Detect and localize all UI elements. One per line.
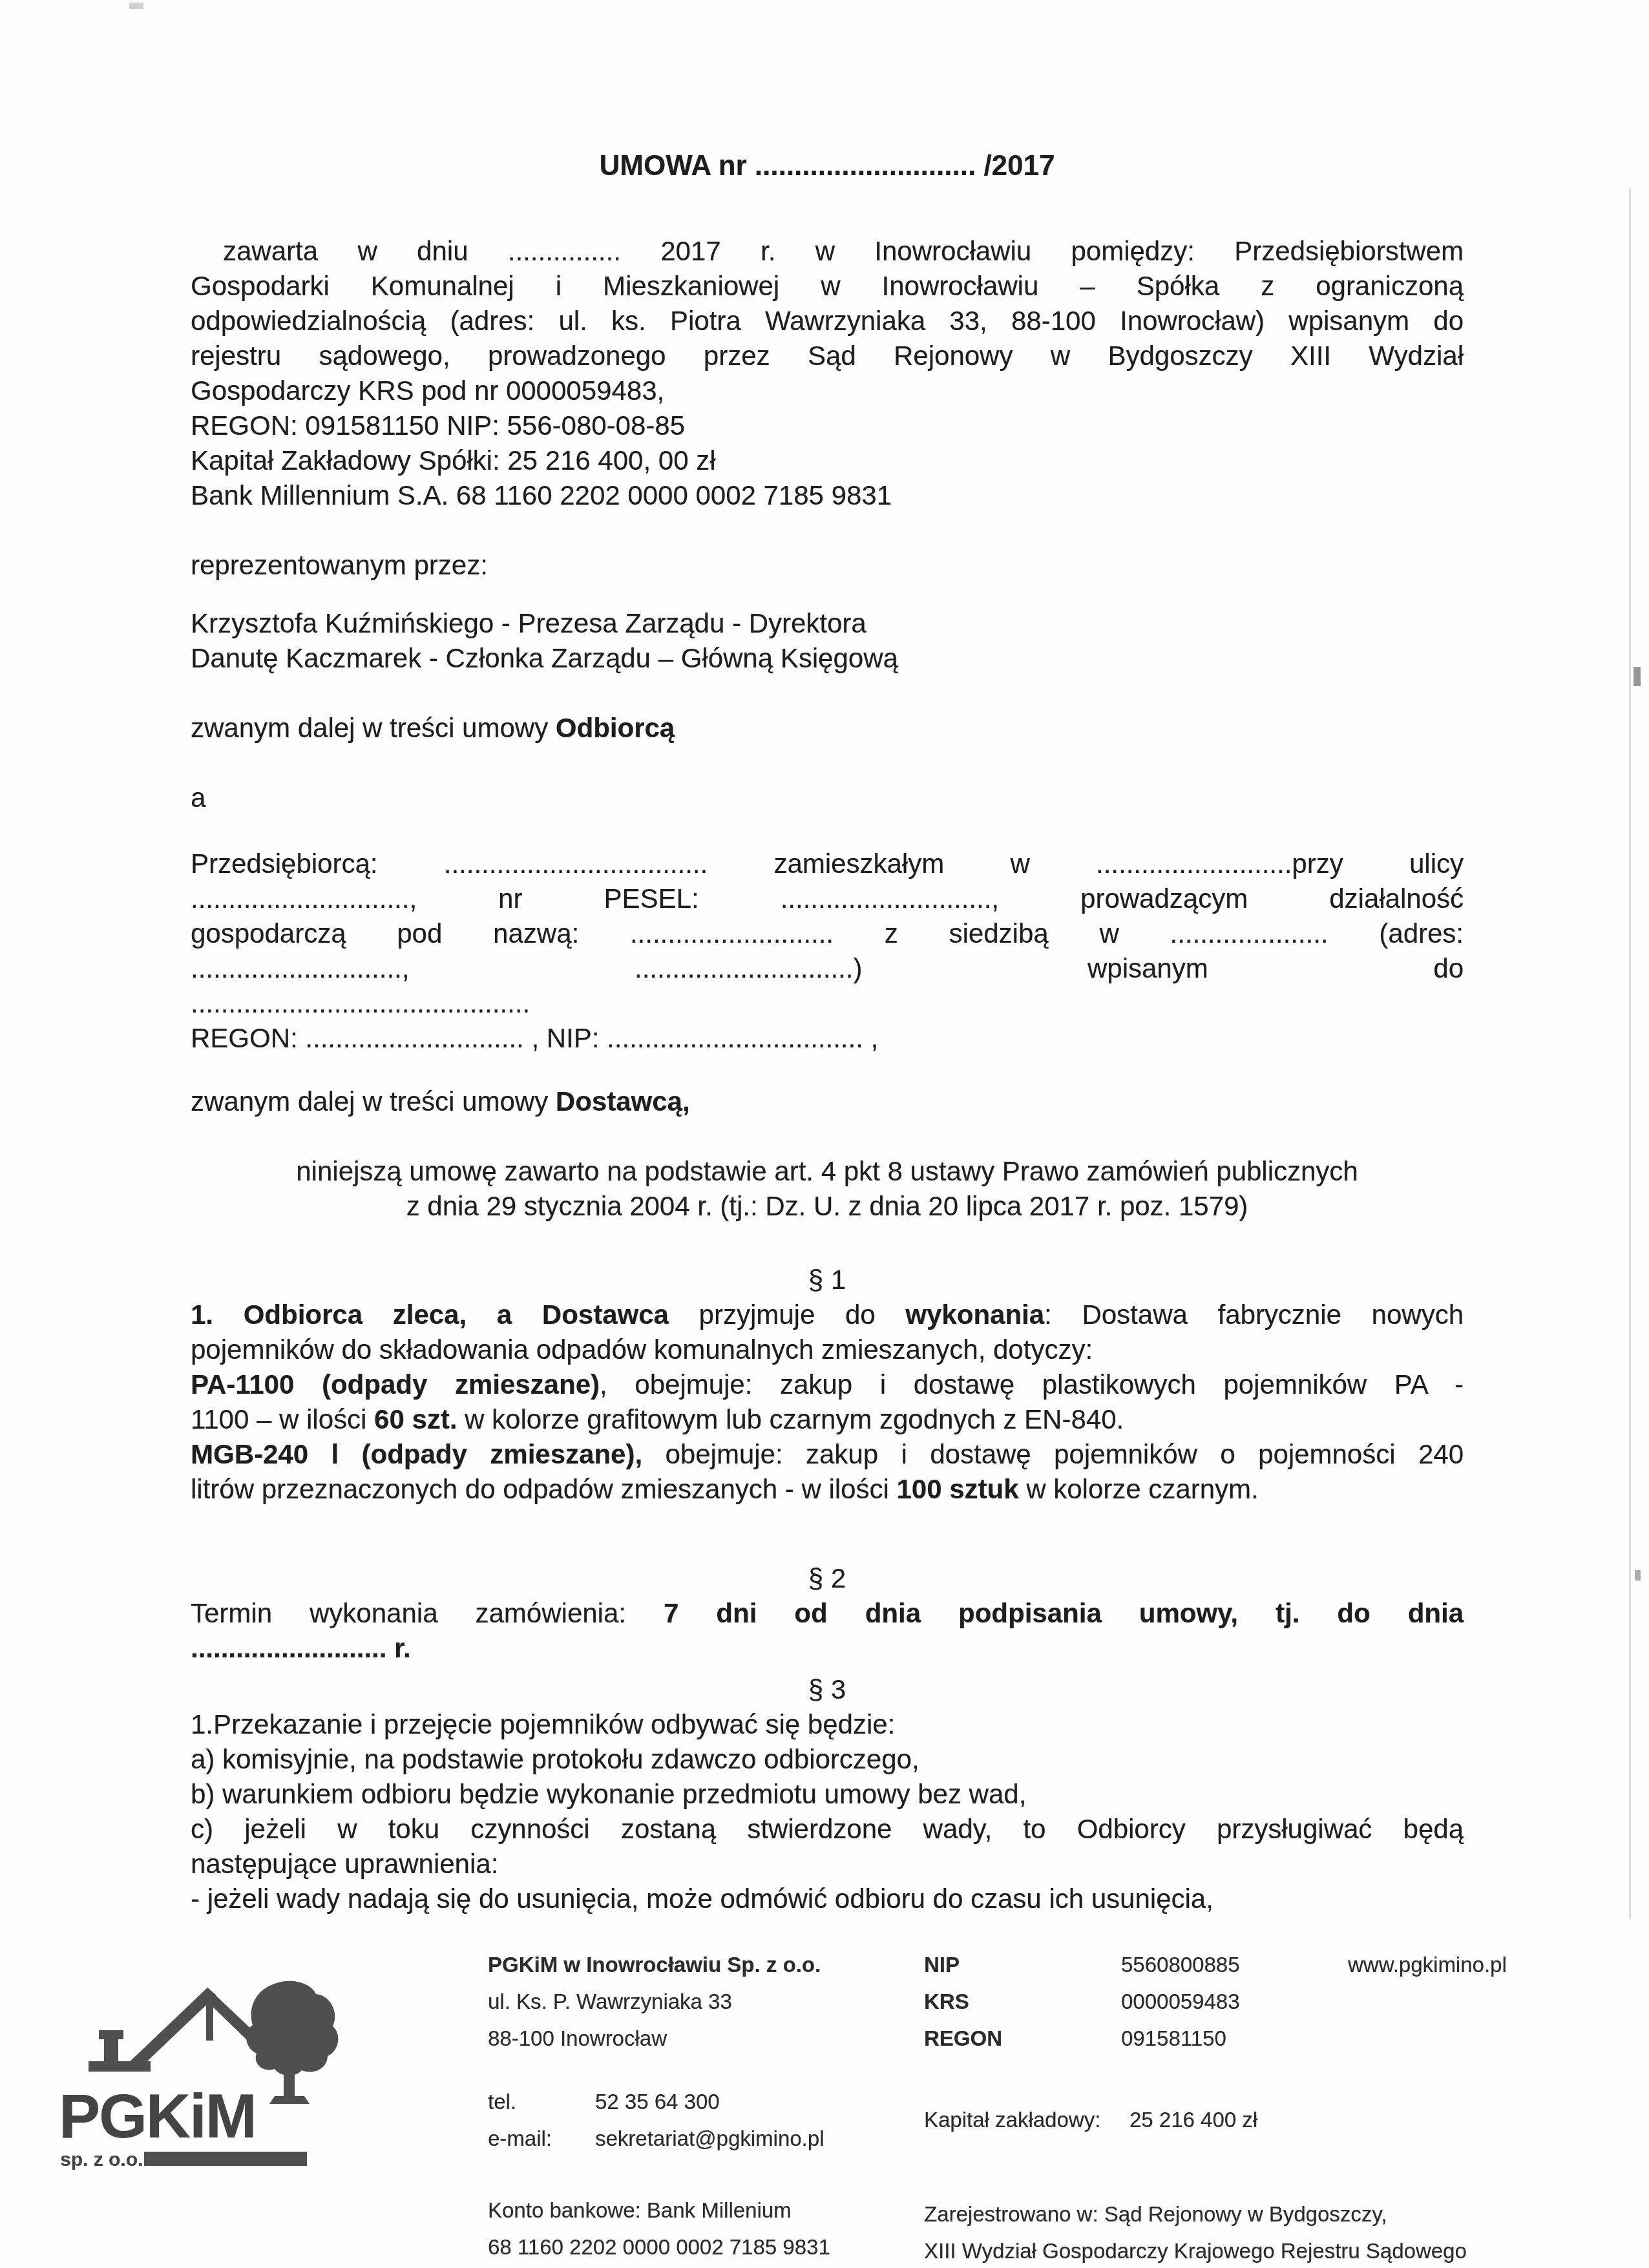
section-1-line-6: litrów przeznaczonych do odpadów zmiesza… [191, 1472, 1464, 1507]
pgkim-logo-graphic: PGKiM sp. z o.o. [61, 1966, 351, 2171]
s1-bold-run: 60 szt. [374, 1404, 457, 1434]
intro-line: rejestru sądowego, prowadzonego przez Są… [191, 339, 1464, 373]
vendor-line-dots: ........................................… [191, 986, 1464, 1021]
party-dostawca-term: Dostawcą, [556, 1086, 690, 1117]
section-2-line-2: .......................... r. [191, 1631, 1464, 1666]
section-3-line: b) warunkiem odbioru będzie wykonanie pr… [191, 1777, 1464, 1812]
s1-run: obejmuje: zakup i dostawę pojemników o p… [642, 1439, 1464, 1469]
section-3-line: - jeżeli wady nadają się do usunięcia, m… [191, 1882, 1464, 1916]
scan-speck [129, 3, 143, 9]
contract-title: UMOWA nr ............................ /2… [191, 149, 1464, 184]
footer-bank-account: 68 1160 2202 0000 0002 7185 9831 [488, 2229, 830, 2265]
footer-company-city: 88-100 Inowrocław [488, 2020, 821, 2057]
intro-line: Gospodarki Komunalnej i Mieszkaniowej w … [191, 269, 1464, 304]
s1-run: przyjmuje do [669, 1299, 905, 1330]
s1-bold-run: 100 sztuk [896, 1474, 1018, 1504]
vendor-line: gospodarczą pod nazwą: .................… [191, 916, 1464, 951]
contract-document: UMOWA nr ............................ /2… [0, 0, 1649, 2268]
vendor-paragraph: Przedsiębiorcą: ........................… [191, 846, 1464, 1056]
s1-run: w kolorze czarnym. [1019, 1474, 1259, 1504]
footer-krs-row: KRS0000059483 [924, 1983, 1240, 2020]
document-body: UMOWA nr ............................ /2… [0, 149, 1649, 1916]
s1-bold-run: 1. Odbiorca zleca, a Dostawca [191, 1299, 669, 1330]
intro-line-krs: Gospodarczy KRS pod nr 0000059483, [191, 373, 1464, 408]
intro-line-bank-account: Bank Millennium S.A. 68 1160 2202 0000 0… [191, 478, 1464, 513]
footer-website: www.pgkimino.pl [1348, 1946, 1507, 1983]
section-2-body: Termin wykonania zamówienia: 7 dni od dn… [191, 1596, 1464, 1666]
footer-registration-block: Zarejestrowano w: Sąd Rejonowy w Bydgosz… [924, 2196, 1467, 2268]
footer-email-value: sekretariat@pgkimino.pl [595, 2126, 824, 2150]
scan-edge-artifact [1629, 187, 1631, 1919]
pgkim-logo-suffix: sp. z o.o. [61, 2149, 143, 2170]
party-odbiorca-line: zwanym dalej w treści umowy Odbiorcą [191, 711, 1464, 746]
party-dostawca-line: zwanym dalej w treści umowy Dostawcą, [191, 1084, 1464, 1119]
footer-contact-block: tel.52 35 64 300 e-mail:sekretariat@pgki… [488, 2083, 824, 2157]
section-1-line-1: 1. Odbiorca zleca, a Dostawca przyjmuje … [191, 1297, 1464, 1332]
footer-regon-label: REGON [924, 2020, 1121, 2057]
vendor-line: ............................, ..........… [191, 951, 1464, 986]
scan-speck [1633, 667, 1641, 686]
intro-line: odpowiedzialnością (adres: ul. ks. Piotr… [191, 304, 1464, 339]
s2-bold-run: 7 dni od dnia podpisania umowy, tj. do d… [664, 1598, 1464, 1628]
footer-nip-label: NIP [924, 1946, 1121, 1983]
footer-registered-line-1: Zarejestrowano w: Sąd Rejonowy w Bydgosz… [924, 2196, 1467, 2232]
pgkim-logo: PGKiM sp. z o.o. [61, 1966, 351, 2171]
section-3-line: 1.Przekazanie i przejęcie pojemników odb… [191, 1707, 1464, 1742]
legal-basis-line-2: z dnia 29 stycznia 2004 r. (tj.: Dz. U. … [191, 1189, 1464, 1224]
legal-basis-line-1: niniejszą umowę zawarto na podstawie art… [191, 1154, 1464, 1189]
footer-bank-line: Konto bankowe: Bank Millenium [488, 2192, 830, 2229]
section-3-heading: § 3 [191, 1672, 1464, 1707]
section-1-heading: § 1 [191, 1263, 1464, 1297]
footer-registered-line-2: XIII Wydział Gospodarczy Krajowego Rejes… [924, 2232, 1467, 2268]
footer-email-row: e-mail:sekretariat@pgkimino.pl [488, 2120, 824, 2157]
vendor-line: Przedsiębiorcą: ........................… [191, 846, 1464, 881]
footer-regon-value: 091581150 [1121, 2026, 1226, 2050]
footer-krs-value: 0000059483 [1121, 1990, 1240, 2013]
section-3-line: a) komisyjnie, na podstawie protokołu zd… [191, 1742, 1464, 1777]
represented-by-label: reprezentowanym przez: [191, 548, 1464, 583]
s2-run: Termin wykonania zamówienia: [191, 1598, 664, 1628]
section-2-line-1: Termin wykonania zamówienia: 7 dni od dn… [191, 1596, 1464, 1631]
s1-bold-run: wykonania [905, 1299, 1044, 1330]
party-odbiorca-term: Odbiorcą [556, 713, 675, 743]
section-3-body: 1.Przekazanie i przejęcie pojemników odb… [191, 1707, 1464, 1916]
footer-capital-label: Kapitał zakładowy: [924, 2101, 1129, 2138]
section-3-line: następujące uprawnienia: [191, 1847, 1464, 1882]
section-1-line-2: pojemników do składowania odpadów komuna… [191, 1332, 1464, 1367]
footer-email-label: e-mail: [488, 2120, 595, 2157]
section-1-line-5: MGB-240 l (odpady zmieszane), obejmuje: … [191, 1437, 1464, 1472]
s1-bold-run: PA-1100 (odpady zmieszane) [191, 1369, 600, 1400]
section-1-line-4: 1100 – w ilości 60 szt. w kolorze grafit… [191, 1402, 1464, 1437]
footer-capital-row: Kapitał zakładowy:25 216 400 zł [924, 2101, 1257, 2138]
footer-registry-block: NIP5560800885 KRS0000059483 REGON0915811… [924, 1946, 1240, 2057]
section-1-line-3: PA-1100 (odpady zmieszane), obejmuje: za… [191, 1367, 1464, 1402]
footer-company-street: ul. Ks. P. Wawrzyniaka 33 [488, 1983, 821, 2020]
representative-1: Krzysztofa Kuźmińskiego - Prezesa Zarząd… [191, 606, 1464, 641]
footer-tel-label: tel. [488, 2083, 595, 2120]
intro-paragraph: zawarta w dniu ............... 2017 r. w… [191, 234, 1464, 513]
s1-run: litrów przeznaczonych do odpadów zmiesza… [191, 1474, 896, 1504]
s1-run: w kolorze grafitowym lub czarnym zgodnyc… [457, 1404, 1124, 1434]
footer-tel-row: tel.52 35 64 300 [488, 2083, 824, 2120]
footer-bank-block: Konto bankowe: Bank Millenium 68 1160 22… [488, 2192, 830, 2265]
s1-bold-run: MGB-240 l (odpady zmieszane), [191, 1439, 642, 1469]
s1-run: : Dostawa fabrycznie nowych [1044, 1299, 1464, 1330]
footer-nip-row: NIP5560800885 [924, 1946, 1240, 1983]
pgkim-logo-name: PGKiM [61, 2082, 256, 2151]
representative-2: Danutę Kaczmarek - Członka Zarządu – Głó… [191, 641, 1464, 676]
s1-run: , obejmuje: zakup i dostawę plastikowych… [600, 1369, 1464, 1400]
footer-nip-value: 5560800885 [1121, 1953, 1240, 1977]
conjunction-a: a [191, 781, 1464, 815]
intro-line: zawarta w dniu ............... 2017 r. w… [191, 234, 1464, 269]
s1-run: 1100 – w ilości [191, 1404, 374, 1434]
section-3-line: c) jeżeli w toku czynności zostaną stwie… [191, 1812, 1464, 1847]
footer-company-name: PGKiM w Inowrocławiu Sp. z o.o. [488, 1946, 821, 1983]
footer-capital-value: 25 216 400 zł [1129, 2108, 1257, 2132]
scan-speck [1635, 1570, 1641, 1580]
footer-tel-value: 52 35 64 300 [595, 2090, 720, 2114]
vendor-line: ............................., nr PESEL:… [191, 881, 1464, 916]
intro-line-capital: Kapitał Zakładowy Spółki: 25 216 400, 00… [191, 443, 1464, 478]
party-dostawca-prefix: zwanym dalej w treści umowy [191, 1086, 556, 1117]
section-2-heading: § 2 [191, 1561, 1464, 1596]
section-1-body: 1. Odbiorca zleca, a Dostawca przyjmuje … [191, 1297, 1464, 1507]
footer-krs-label: KRS [924, 1983, 1121, 2020]
intro-line-regon-nip: REGON: 091581150 NIP: 556-080-08-85 [191, 408, 1464, 443]
footer-regon-row: REGON091581150 [924, 2020, 1240, 2057]
vendor-line-regon-nip: REGON: ............................. , N… [191, 1021, 1464, 1056]
footer-company-block: PGKiM w Inowrocławiu Sp. z o.o. ul. Ks. … [488, 1946, 821, 2057]
party-odbiorca-prefix: zwanym dalej w treści umowy [191, 713, 556, 743]
